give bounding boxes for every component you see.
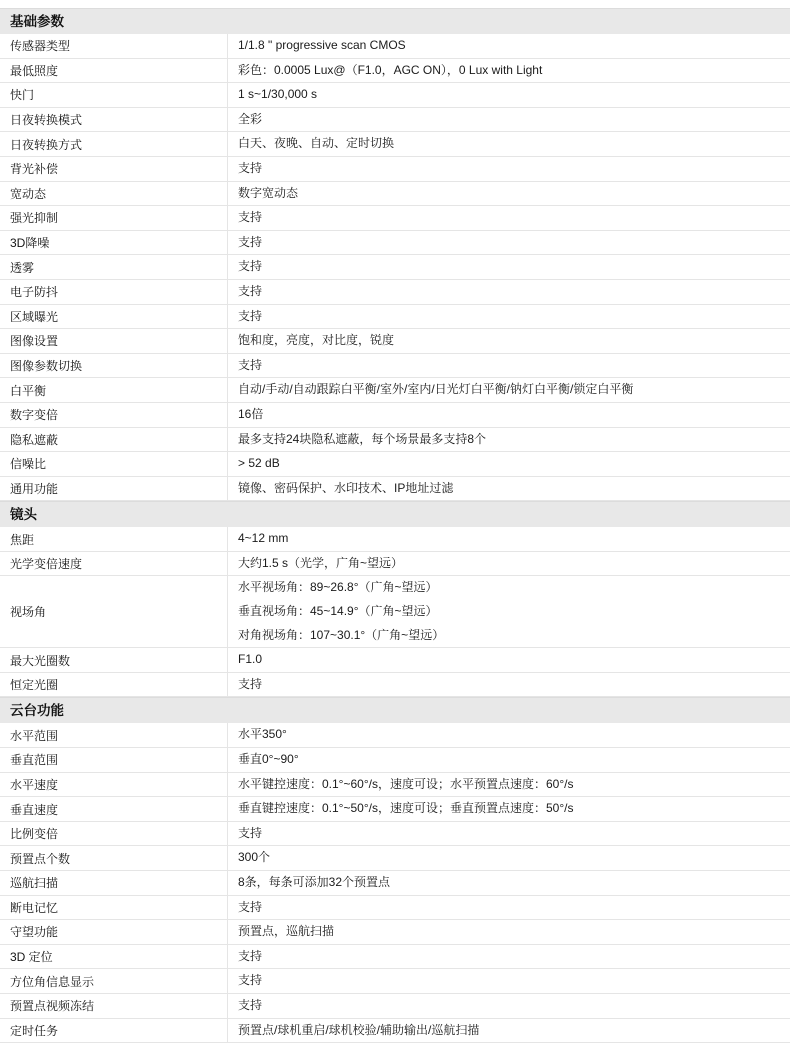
spec-row: 背光补偿 支持 [0,157,790,182]
spec-value-line: 水平键控速度：0.1°~60°/s，速度可设；水平预置点速度：60°/s [238,773,780,797]
spec-value: 1/1.8 " progressive scan CMOS [228,34,790,58]
spec-label: 日夜转换模式 [0,108,228,132]
spec-value: 垂直键控速度：0.1°~50°/s，速度可设；垂直预置点速度：50°/s [228,797,790,821]
spec-row: 图像参数切换 支持 [0,354,790,379]
spec-value-line: 支持 [238,994,780,1018]
spec-row: 守望功能 预置点，巡航扫描 [0,920,790,945]
spec-row: 垂直范围 垂直0°~90° [0,748,790,773]
spec-value-line: 支持 [238,969,780,993]
spec-value-line: 预置点/球机重启/球机校验/辅助输出/巡航扫描 [238,1019,780,1043]
section-rows: 水平范围 水平350° 垂直范围 垂直0°~90° 水平速度 水平键控速度：0.… [0,723,790,1043]
spec-value: 支持 [228,994,790,1018]
spec-row: 预置点视频冻结 支持 [0,994,790,1019]
spec-value: 支持 [228,280,790,304]
spec-row: 断电记忆 支持 [0,896,790,921]
spec-value-line: 8条，每条可添加32个预置点 [238,871,780,895]
spec-value: 预置点，巡航扫描 [228,920,790,944]
spec-label: 水平速度 [0,773,228,797]
spec-label: 信噪比 [0,452,228,476]
spec-row: 日夜转换模式 全彩 [0,108,790,133]
section-header: 基础参数 [0,8,790,34]
spec-label: 传感器类型 [0,34,228,58]
spec-label: 白平衡 [0,378,228,402]
spec-value: 支持 [228,945,790,969]
spec-value-line: > 52 dB [238,452,780,476]
spec-label: 最大光圈数 [0,648,228,672]
spec-label: 宽动态 [0,182,228,206]
spec-row: 3D降噪 支持 [0,231,790,256]
spec-value-line: 彩色：0.0005 Lux@（F1.0，AGC ON），0 Lux with L… [238,59,780,83]
spec-row: 强光抑制 支持 [0,206,790,231]
spec-value: 垂直0°~90° [228,748,790,772]
spec-value-line: 16倍 [238,403,780,427]
spec-row: 透雾 支持 [0,255,790,280]
spec-label: 日夜转换方式 [0,132,228,156]
spec-row: 数字变倍 16倍 [0,403,790,428]
section-rows: 焦距 4~12 mm 光学变倍速度 大约1.5 s（光学，广角~望远） 视场角 … [0,527,790,697]
spec-value-line: 支持 [238,673,780,697]
spec-row: 焦距 4~12 mm [0,527,790,552]
spec-row: 水平范围 水平350° [0,723,790,748]
spec-value-line: 数字宽动态 [238,182,780,206]
spec-value: 1 s~1/30,000 s [228,83,790,107]
spec-table-page: 基础参数 传感器类型 1/1.8 " progressive scan CMOS… [0,0,790,1047]
spec-value: 白天、夜晚、自动、定时切换 [228,132,790,156]
spec-label: 数字变倍 [0,403,228,427]
spec-value-line: 大约1.5 s（光学，广角~望远） [238,552,780,576]
spec-row: 恒定光圈 支持 [0,673,790,698]
spec-value: 4~12 mm [228,527,790,551]
section-title: 镜头 [10,507,37,522]
spec-value: 预置点/球机重启/球机校验/辅助输出/巡航扫描 [228,1019,790,1043]
spec-value-line: 1/1.8 " progressive scan CMOS [238,34,780,58]
spec-value: 数字宽动态 [228,182,790,206]
spec-value-line: 4~12 mm [238,527,780,551]
spec-value-line: 1 s~1/30,000 s [238,83,780,107]
spec-row: 宽动态 数字宽动态 [0,182,790,207]
spec-value: > 52 dB [228,452,790,476]
spec-value: 全彩 [228,108,790,132]
spec-label: 比例变倍 [0,822,228,846]
spec-value-line: 支持 [238,822,780,846]
spec-value: 16倍 [228,403,790,427]
spec-label: 透雾 [0,255,228,279]
spec-label: 强光抑制 [0,206,228,230]
spec-label: 图像参数切换 [0,354,228,378]
spec-value-line: 水平视场角：89~26.8°（广角~望远） [238,576,780,600]
spec-row: 通用功能 镜像、密码保护、水印技术、IP地址过滤 [0,477,790,502]
section-title: 基础参数 [10,14,64,29]
section-header: 云台功能 [0,697,790,723]
spec-value-line: 垂直0°~90° [238,748,780,772]
spec-value-line: 垂直键控速度：0.1°~50°/s，速度可设；垂直预置点速度：50°/s [238,797,780,821]
spec-row: 快门 1 s~1/30,000 s [0,83,790,108]
spec-value-line: 支持 [238,231,780,255]
spec-row: 隐私遮蔽 最多支持24块隐私遮蔽，每个场景最多支持8个 [0,428,790,453]
spec-row: 预置点个数 300个 [0,846,790,871]
spec-value-line: 预置点，巡航扫描 [238,920,780,944]
spec-label: 通用功能 [0,477,228,501]
spec-value-line: 全彩 [238,108,780,132]
spec-label: 预置点视频冻结 [0,994,228,1018]
spec-value: 支持 [228,969,790,993]
spec-value-line: 支持 [238,896,780,920]
spec-label: 巡航扫描 [0,871,228,895]
spec-row: 日夜转换方式 白天、夜晚、自动、定时切换 [0,132,790,157]
spec-row: 3D 定位 支持 [0,945,790,970]
spec-label: 定时任务 [0,1019,228,1043]
spec-label: 垂直范围 [0,748,228,772]
spec-label: 恒定光圈 [0,673,228,697]
spec-label: 3D 定位 [0,945,228,969]
spec-label: 区域曝光 [0,305,228,329]
spec-value-line: 支持 [238,157,780,181]
spec-value-line: 支持 [238,255,780,279]
spec-label: 3D降噪 [0,231,228,255]
spec-row: 图像设置 饱和度，亮度，对比度，锐度 [0,329,790,354]
spec-row: 电子防抖 支持 [0,280,790,305]
spec-value-line: 镜像、密码保护、水印技术、IP地址过滤 [238,477,780,501]
spec-row: 比例变倍 支持 [0,822,790,847]
spec-section: 镜头 焦距 4~12 mm 光学变倍速度 大约1.5 s（光学，广角~望远） 视… [0,501,790,697]
section-header: 镜头 [0,501,790,527]
spec-value-line: 对角视场角：107~30.1°（广角~望远） [238,624,780,648]
spec-value: 支持 [228,305,790,329]
spec-value-line: 支持 [238,305,780,329]
spec-section: 基础参数 传感器类型 1/1.8 " progressive scan CMOS… [0,8,790,501]
section-title: 云台功能 [10,703,64,718]
spec-value: 镜像、密码保护、水印技术、IP地址过滤 [228,477,790,501]
spec-value-line: 支持 [238,945,780,969]
spec-row: 光学变倍速度 大约1.5 s（光学，广角~望远） [0,552,790,577]
spec-value-line: 水平350° [238,723,780,747]
spec-value: 水平键控速度：0.1°~60°/s，速度可设；水平预置点速度：60°/s [228,773,790,797]
spec-value: 支持 [228,231,790,255]
spec-value: 支持 [228,354,790,378]
spec-row: 巡航扫描 8条，每条可添加32个预置点 [0,871,790,896]
spec-value-line: F1.0 [238,648,780,672]
spec-value: 大约1.5 s（光学，广角~望远） [228,552,790,576]
spec-value: 水平350° [228,723,790,747]
spec-row: 传感器类型 1/1.8 " progressive scan CMOS [0,34,790,59]
spec-label: 断电记忆 [0,896,228,920]
spec-label: 快门 [0,83,228,107]
spec-label: 守望功能 [0,920,228,944]
spec-section: 云台功能 水平范围 水平350° 垂直范围 垂直0°~90° 水平速度 水平键控… [0,697,790,1043]
spec-value-line: 最多支持24块隐私遮蔽，每个场景最多支持8个 [238,428,780,452]
spec-row: 区域曝光 支持 [0,305,790,330]
spec-value-line: 支持 [238,280,780,304]
spec-value: 支持 [228,673,790,697]
spec-value-line: 300个 [238,846,780,870]
spec-value: 支持 [228,896,790,920]
spec-value-line: 垂直视场角：45~14.9°（广角~望远） [238,600,780,624]
spec-value: 彩色：0.0005 Lux@（F1.0，AGC ON），0 Lux with L… [228,59,790,83]
spec-row: 垂直速度 垂直键控速度：0.1°~50°/s，速度可设；垂直预置点速度：50°/… [0,797,790,822]
spec-value: 水平视场角：89~26.8°（广角~望远）垂直视场角：45~14.9°（广角~望… [228,576,790,647]
spec-value: 饱和度，亮度，对比度，锐度 [228,329,790,353]
spec-value: 8条，每条可添加32个预置点 [228,871,790,895]
spec-value: 支持 [228,206,790,230]
spec-row: 方位角信息显示 支持 [0,969,790,994]
spec-label: 焦距 [0,527,228,551]
spec-value: 支持 [228,255,790,279]
spec-row: 白平衡 自动/手动/自动跟踪白平衡/室外/室内/日光灯白平衡/钠灯白平衡/锁定白… [0,378,790,403]
spec-label: 方位角信息显示 [0,969,228,993]
spec-value-line: 自动/手动/自动跟踪白平衡/室外/室内/日光灯白平衡/钠灯白平衡/锁定白平衡 [238,378,780,402]
spec-row: 最低照度 彩色：0.0005 Lux@（F1.0，AGC ON），0 Lux w… [0,59,790,84]
spec-label: 垂直速度 [0,797,228,821]
spec-value-line: 饱和度，亮度，对比度，锐度 [238,329,780,353]
spec-label: 视场角 [0,576,228,647]
spec-value: 自动/手动/自动跟踪白平衡/室外/室内/日光灯白平衡/钠灯白平衡/锁定白平衡 [228,378,790,402]
spec-row: 视场角 水平视场角：89~26.8°（广角~望远）垂直视场角：45~14.9°（… [0,576,790,648]
spec-value-line: 支持 [238,206,780,230]
spec-label: 预置点个数 [0,846,228,870]
section-rows: 传感器类型 1/1.8 " progressive scan CMOS 最低照度… [0,34,790,501]
spec-row: 定时任务 预置点/球机重启/球机校验/辅助输出/巡航扫描 [0,1019,790,1044]
spec-value: 支持 [228,822,790,846]
spec-label: 电子防抖 [0,280,228,304]
spec-value-line: 白天、夜晚、自动、定时切换 [238,132,780,156]
spec-row: 信噪比 > 52 dB [0,452,790,477]
spec-table: 基础参数 传感器类型 1/1.8 " progressive scan CMOS… [0,8,790,1043]
spec-value: 300个 [228,846,790,870]
spec-value: 最多支持24块隐私遮蔽，每个场景最多支持8个 [228,428,790,452]
spec-row: 水平速度 水平键控速度：0.1°~60°/s，速度可设；水平预置点速度：60°/… [0,773,790,798]
spec-value: 支持 [228,157,790,181]
spec-label: 水平范围 [0,723,228,747]
spec-label: 图像设置 [0,329,228,353]
spec-label: 最低照度 [0,59,228,83]
spec-value: F1.0 [228,648,790,672]
spec-row: 最大光圈数 F1.0 [0,648,790,673]
spec-label: 光学变倍速度 [0,552,228,576]
spec-value-line: 支持 [238,354,780,378]
spec-label: 隐私遮蔽 [0,428,228,452]
spec-label: 背光补偿 [0,157,228,181]
